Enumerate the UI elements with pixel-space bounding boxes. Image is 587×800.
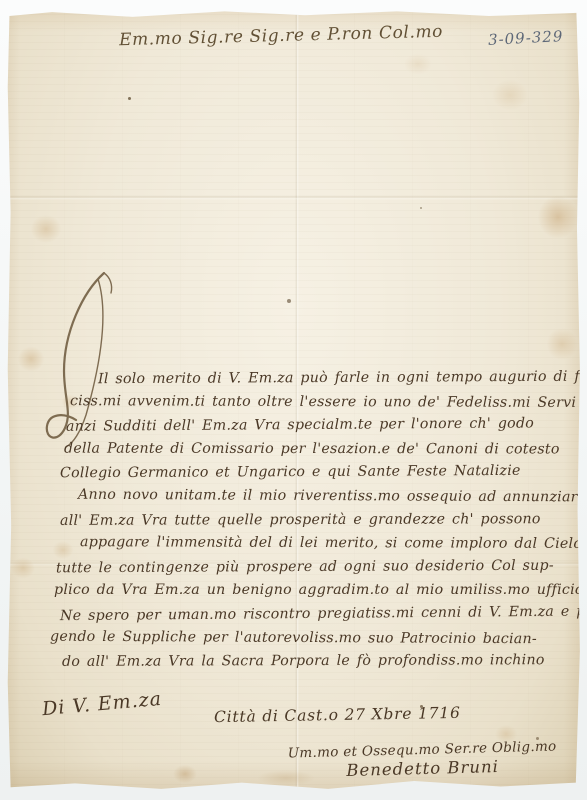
dateline: Città di Cast.o 27 Xbre 1716 (214, 704, 461, 726)
scanner-background: 3-09-329 Em.mo Sig.re Sig.re e P.ron Col… (0, 0, 587, 800)
body-line: Anno novo unitam.te il mio riverentiss.m… (78, 484, 558, 510)
closing-salutation: Di V. Em.za (41, 688, 163, 720)
foxing-stain (6, 553, 40, 583)
body-line: tutte le contingenze più prospere ad ogn… (56, 554, 558, 580)
body-line: plico da Vra Em.za un benigno aggradim.t… (54, 579, 558, 603)
body-line: Collegio Germanico et Ungarico e qui San… (60, 460, 558, 486)
body-line: do all' Em.za Vra la Sacra Porpora le fò… (62, 649, 558, 674)
foxing-stain (168, 761, 202, 787)
foxing-stain (398, 49, 438, 79)
salutation-line: Em.mo Sig.re Sig.re e P.ron Col.mo (118, 22, 442, 50)
body-line: ciss.mi avvenim.ti tanto oltre l'essere … (70, 390, 558, 415)
body-line: appagare l'immensità del di lei merito, … (80, 531, 558, 556)
ink-speck (287, 299, 291, 303)
fold-line-horizontal (6, 195, 581, 200)
body-line: anzi Sudditi dell' Em.za Vra specialm.te… (66, 412, 558, 439)
archival-number: 3-09-329 (487, 27, 563, 49)
ink-speck (420, 207, 422, 209)
signature-block: Um.mo et Ossequ.mo Ser.re Oblig.mo Bened… (288, 738, 558, 781)
body-line: all' Em.za Vra tutte quelle prosperità e… (60, 508, 558, 533)
foxing-stain (24, 209, 68, 249)
letter-page: 3-09-329 Em.mo Sig.re Sig.re e P.ron Col… (6, 9, 581, 792)
foxing-stain (540, 321, 584, 367)
body-line: Il solo merito di V. Em.za può farle in … (98, 366, 558, 392)
ink-speck (128, 97, 131, 100)
letter-body: Il solo merito di V. Em.za può farle in … (50, 367, 558, 674)
body-line: Ne spero per uman.mo riscontro pregiatis… (60, 601, 558, 629)
body-line: gendo le Suppliche per l'autorevoliss.mo… (50, 625, 558, 651)
foxing-stain (484, 73, 536, 117)
body-line: della Patente di Comissario per l'esazio… (64, 437, 558, 461)
